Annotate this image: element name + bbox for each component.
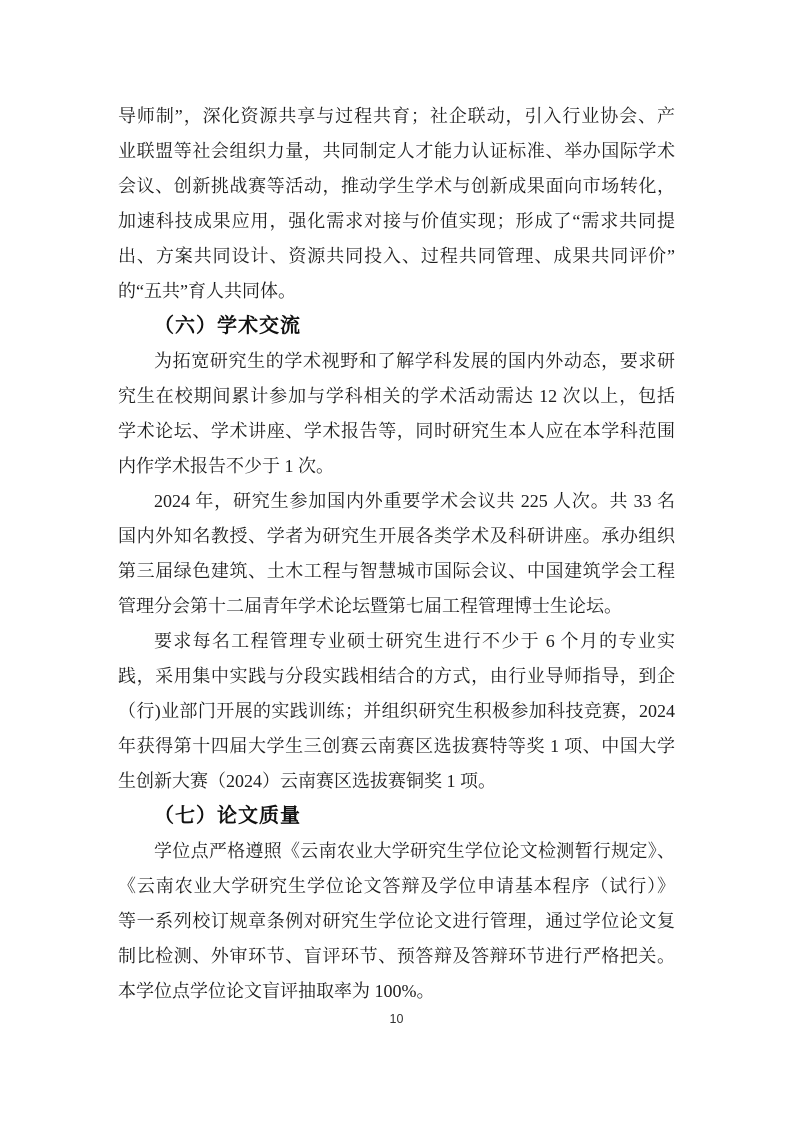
section-heading-5: （七）论文质量 <box>118 799 675 834</box>
text-line: 会议、创新挑战赛等活动，推动学生学术与创新成果面向市场转化， <box>118 169 675 204</box>
text-line: 学术论坛、学术讲座、学术报告等，同时研究生本人应在本学科范围 <box>118 414 675 449</box>
text-line: 国内外知名教授、学者为研究生开展各类学术及科研讲座。承办组织 <box>118 519 675 554</box>
text-line: 为拓宽研究生的学术视野和了解学科发展的国内外动态，要求研 <box>118 344 675 379</box>
text-line: 等一系列校订规章条例对研究生学位论文进行管理，通过学位论文复 <box>118 904 675 939</box>
text-line: 出、方案共同设计、资源共同投入、过程共同管理、成果共同评价” <box>118 239 675 274</box>
text-line: 管理分会第十二届青年学术论坛暨第七届工程管理博士生论坛。 <box>118 589 675 624</box>
text-line: 年获得第十四届大学生三创赛云南赛区选拔赛特等奖 1 项、中国大学 <box>118 729 675 764</box>
text-line: 要求每名工程管理专业硕士研究生进行不少于 6 个月的专业实 <box>118 624 675 659</box>
text-line: 践，采用集中实践与分段实践相结合的方式，由行业导师指导，到企 <box>118 659 675 694</box>
text-line: 生创新大赛（2024）云南赛区选拔赛铜奖 1 项。 <box>118 764 675 799</box>
text-line: 《云南农业大学研究生学位论文答辩及学位申请基本程序（试行）》 <box>118 869 675 904</box>
text-line: 制比检测、外审环节、盲评环节、预答辩及答辩环节进行严格把关。 <box>118 939 675 974</box>
text-line: 究生在校期间累计参加与学科相关的学术活动需达 12 次以上，包括 <box>118 379 675 414</box>
text-line: 内作学术报告不少于 1 次。 <box>118 449 675 484</box>
text-line: 学位点严格遵照《云南农业大学研究生学位论文检测暂行规定》、 <box>118 834 675 869</box>
text-line: （行)业部门开展的实践训练；并组织研究生积极参加科技竞赛，2024 <box>118 694 675 729</box>
text-line: 导师制”，深化资源共享与过程共育；社企联动，引入行业协会、产 <box>118 99 675 134</box>
text-line: 第三届绿色建筑、土木工程与智慧城市国际会议、中国建筑学会工程 <box>118 554 675 589</box>
document-page: 导师制”，深化资源共享与过程共育；社企联动，引入行业协会、产业联盟等社会组织力量… <box>0 0 793 1122</box>
text-line: 加速科技成果应用，强化需求对接与价值实现；形成了“需求共同提 <box>118 204 675 239</box>
text-line: 本学位点学位论文盲评抽取率为 100%。 <box>118 974 675 1009</box>
page-number: 10 <box>0 1012 793 1026</box>
text-line: 业联盟等社会组织力量，共同制定人才能力认证标准、举办国际学术 <box>118 134 675 169</box>
section-heading-1: （六）学术交流 <box>118 309 675 344</box>
text-line: 2024 年，研究生参加国内外重要学术会议共 225 人次。共 33 名 <box>118 484 675 519</box>
document-body: 导师制”，深化资源共享与过程共育；社企联动，引入行业协会、产业联盟等社会组织力量… <box>118 99 675 1009</box>
text-line: 的“五共”育人共同体。 <box>118 274 675 309</box>
